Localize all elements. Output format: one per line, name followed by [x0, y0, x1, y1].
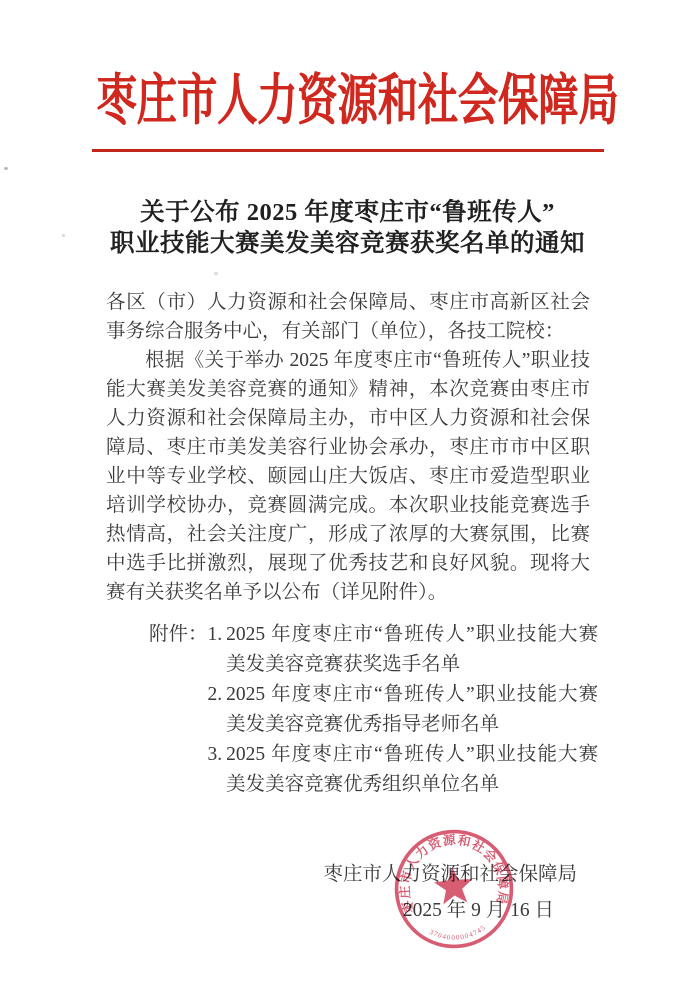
attachment-number: 2.: [208, 680, 227, 740]
attachment-text: 2025 年度枣庄市“鲁班传人”职业技能大赛美发美容竞赛优秀指导老师名单: [226, 680, 598, 740]
document-title-line2: 职业技能大赛美发美容竞赛获奖名单的通知: [0, 228, 695, 259]
document-title: 关于公布 2025 年度枣庄市“鲁班传人” 职业技能大赛美发美容竞赛获奖名单的通…: [0, 197, 695, 259]
agency-masthead-title: 枣庄市人力资源和社会保障局: [97, 70, 619, 132]
scan-artifact: [214, 272, 218, 275]
scan-artifact: [4, 167, 8, 170]
attachment-number: 1.: [208, 620, 227, 680]
masthead-divider: [92, 149, 604, 152]
attachment-item: 1. 2025 年度枣庄市“鲁班传人”职业技能大赛美发美容竞赛获奖选手名单: [208, 620, 599, 680]
official-seal: 枣庄市人力资源和社会保障局 3704000004745: [386, 821, 523, 958]
masthead: 枣庄市人力资源和社会保障局: [0, 70, 695, 132]
attachments-label: 附件：: [149, 620, 208, 800]
document-title-line1: 关于公布 2025 年度枣庄市“鲁班传人”: [0, 197, 695, 228]
attachment-item: 2. 2025 年度枣庄市“鲁班传人”职业技能大赛美发美容竞赛优秀指导老师名单: [208, 680, 599, 740]
scan-artifact: [62, 234, 65, 237]
document-page: 枣庄市人力资源和社会保障局 关于公布 2025 年度枣庄市“鲁班传人” 职业技能…: [0, 0, 695, 1000]
seal-star-icon: [433, 865, 475, 905]
attachment-item: 3. 2025 年度枣庄市“鲁班传人”职业技能大赛美发美容竞赛优秀组织单位名单: [208, 740, 599, 800]
attachment-text: 2025 年度枣庄市“鲁班传人”职业技能大赛美发美容竞赛获奖选手名单: [226, 620, 598, 680]
body-paragraph: 根据《关于举办 2025 年度枣庄市“鲁班传人”职业技能大赛美发美容竞赛的通知》…: [106, 346, 590, 607]
document-body: 各区（市）人力资源和社会保障局、枣庄市高新区社会事务综合服务中心，有关部门（单位…: [106, 288, 590, 607]
attachments-list: 1. 2025 年度枣庄市“鲁班传人”职业技能大赛美发美容竞赛获奖选手名单 2.…: [208, 620, 599, 800]
attachment-number: 3.: [208, 740, 227, 800]
attachments-block: 附件： 1. 2025 年度枣庄市“鲁班传人”职业技能大赛美发美容竞赛获奖选手名…: [149, 620, 598, 800]
salutation: 各区（市）人力资源和社会保障局、枣庄市高新区社会事务综合服务中心，有关部门（单位…: [106, 288, 590, 346]
attachment-text: 2025 年度枣庄市“鲁班传人”职业技能大赛美发美容竞赛优秀组织单位名单: [226, 740, 598, 800]
